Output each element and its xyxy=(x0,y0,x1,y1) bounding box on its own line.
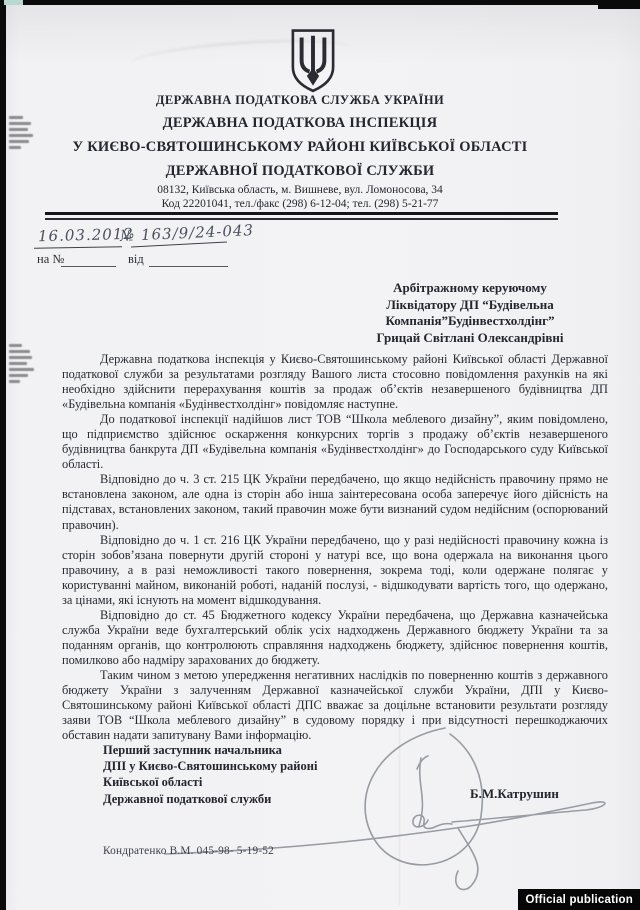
paragraph-art215: Відповідно до ч. 3 ст. 215 ЦК України пе… xyxy=(62,472,608,532)
reply-ref-blank xyxy=(61,266,116,267)
signatory-title-2: ДПІ у Києво-Святошинському районі xyxy=(103,758,317,774)
ukraine-trident-emblem xyxy=(286,27,340,97)
paragraph-conclusion: Таким чином з метою упередження негативн… xyxy=(62,668,608,743)
signatory-title-4: Державної податкової служби xyxy=(103,791,317,807)
scan-edge-notch xyxy=(598,0,640,9)
recipient-liquidator: Ліквідатору ДП “Будівельна xyxy=(352,297,588,314)
letterhead-rule-thin xyxy=(45,218,558,220)
executor-contact: Кондратенко В.М. 045-98- 5-19-52 xyxy=(103,845,274,857)
org-name-top: ДЕРЖАВНА ПОДАТКОВА СЛУЖБА УКРАЇНИ xyxy=(25,93,575,108)
recipient-block: Арбітражному керуючому Ліквідатору ДП “Б… xyxy=(352,280,588,346)
org-name-inspection: ДЕРЖАВНА ПОДАТКОВА ІНСПЕКЦІЯ xyxy=(25,115,575,132)
reply-date-blank xyxy=(149,266,228,267)
reply-ref-label: на № xyxy=(37,252,64,267)
paragraph-art45: Відповідно до ст. 45 Бюджетного кодексу … xyxy=(62,608,608,668)
official-publication-badge: Official publication xyxy=(518,889,640,910)
signatory-name: Б.М.Катрушин xyxy=(470,786,559,802)
org-name-district: У КИЄВО-СВЯТОШИНСЬКОМУ РАЙОНІ КИЇВСЬКОЇ … xyxy=(25,139,575,156)
letterhead-rule-thick xyxy=(45,212,558,215)
org-name-service: ДЕРЖАВНОЇ ПОДАТКОВОЇ СЛУЖБИ xyxy=(25,163,575,180)
fax-artifact-middle xyxy=(9,344,34,383)
paragraph-art216: Відповідно до ч. 1 ст. 216 ЦК України пе… xyxy=(62,533,608,608)
org-address: 08132, Київська область, м. Вишневе, вул… xyxy=(25,184,575,196)
recipient-company: Компанія”Будінвестхолдінг” xyxy=(352,313,588,330)
org-contacts: Код 22201041, тел./факс (298) 6-12-04; т… xyxy=(25,198,575,210)
signatory-title-1: Перший заступник начальника xyxy=(103,742,317,758)
paragraph-school-letter: До податкової інспекції надійшов лист ТО… xyxy=(62,412,608,472)
reply-date-label: від xyxy=(128,252,144,267)
recipient-person: Грицай Світлані Олександрівні xyxy=(352,330,588,347)
scan-corner-mark xyxy=(4,0,23,5)
scanned-letter-page: ДЕРЖАВНА ПОДАТКОВА СЛУЖБА УКРАЇНИ ДЕРЖАВ… xyxy=(0,0,640,910)
signatory-title-3: Київської області xyxy=(103,774,317,790)
letter-body: Державна податкова інспекція у Києво-Свя… xyxy=(62,352,608,743)
recipient-role: Арбітражному керуючому xyxy=(352,280,588,297)
letterhead: ДЕРЖАВНА ПОДАТКОВА СЛУЖБА УКРАЇНИ ДЕРЖАВ… xyxy=(25,93,575,210)
signatory-title-block: Перший заступник начальника ДПІ у Києво-… xyxy=(103,742,317,807)
paragraph-intro: Державна податкова інспекція у Києво-Свя… xyxy=(62,352,608,412)
badge-label: Official publication xyxy=(525,894,633,906)
